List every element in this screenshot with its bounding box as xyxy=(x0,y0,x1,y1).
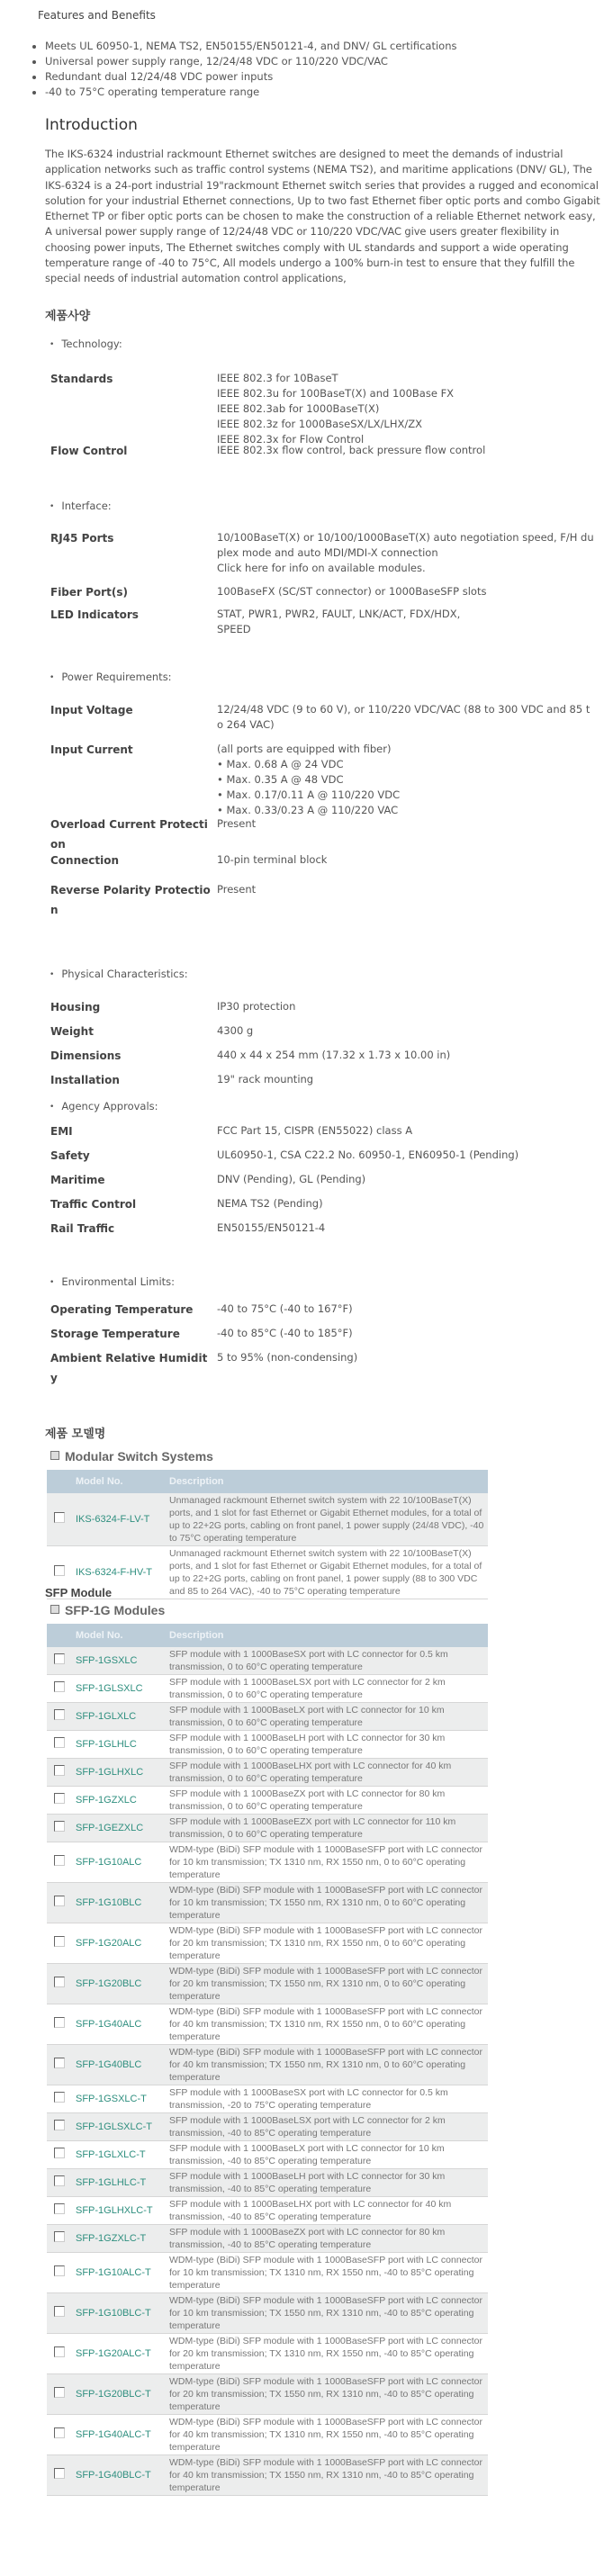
spec-value-line: IEEE 802.3 for 10BaseT xyxy=(217,371,595,386)
spec-value-line: 19" rack mounting xyxy=(217,1072,595,1087)
spec-value-line: Present xyxy=(217,816,595,832)
spec-key: Maritime xyxy=(50,1170,214,1190)
checkbox-cell xyxy=(47,2045,72,2085)
model-link[interactable]: SFP-1G20ALC xyxy=(72,1923,166,1964)
model-description: WDM-type (BiDi) SFP module with 1 1000Ba… xyxy=(166,1964,488,2004)
checkbox-cell xyxy=(47,1964,72,2004)
row-checkbox[interactable] xyxy=(54,1936,65,1947)
checkbox-cell xyxy=(47,2113,72,2141)
spec-value-line: 12/24/48 VDC (9 to 60 V), or 110/220 VDC… xyxy=(217,702,595,733)
table-row: SFP-1G10BLC-TWDM-type (BiDi) SFP module … xyxy=(47,2293,488,2334)
model-description: WDM-type (BiDi) SFP module with 1 1000Ba… xyxy=(166,1842,488,1883)
table-row: SFP-1G20BLC-TWDM-type (BiDi) SFP module … xyxy=(47,2374,488,2415)
row-checkbox[interactable] xyxy=(54,1793,65,1804)
checkbox-cell xyxy=(47,2455,72,2496)
row-checkbox[interactable] xyxy=(54,2175,65,2186)
spec-key: Overload Current Protection xyxy=(50,815,214,854)
model-description: SFP module with 1 1000BaseLX port with L… xyxy=(166,2141,488,2169)
model-link[interactable]: SFP-1GLSXLC-T xyxy=(72,2113,166,2141)
spec-group-label: Agency Approvals: xyxy=(50,1100,158,1112)
spec-value-line: FCC Part 15, CISPR (EN55022) class A xyxy=(217,1123,595,1139)
sfp-1g-table: Model No. Description SFP-1GSXLCSFP modu… xyxy=(47,1624,488,2496)
checkbox-cell xyxy=(47,1647,72,1675)
spec-key: Dimensions xyxy=(50,1046,214,1066)
table-row: SFP-1GSXLC-TSFP module with 1 1000BaseSX… xyxy=(47,2085,488,2113)
spec-group-label: Power Requirements: xyxy=(50,671,172,683)
checkbox-cell xyxy=(47,2197,72,2225)
row-checkbox[interactable] xyxy=(54,1709,65,1720)
model-link[interactable]: SFP-1G10ALC xyxy=(72,1842,166,1883)
table-row: SFP-1G40BLCWDM-type (BiDi) SFP module wi… xyxy=(47,2045,488,2085)
model-link[interactable]: SFP-1GZXLC xyxy=(72,1787,166,1815)
row-checkbox[interactable] xyxy=(54,1681,65,1692)
model-description: WDM-type (BiDi) SFP module with 1 1000Ba… xyxy=(166,2455,488,2496)
table-row: SFP-1GEZXLCSFP module with 1 1000BaseEZX… xyxy=(47,1815,488,1842)
spec-key: Traffic Control xyxy=(50,1194,214,1214)
modular-switch-section-title: Modular Switch Systems xyxy=(50,1449,213,1464)
spec-group-label: Technology: xyxy=(50,338,122,350)
model-description: Unmanaged rackmount Ethernet switch syst… xyxy=(166,1546,488,1599)
table-row: SFP-1GLXLC-TSFP module with 1 1000BaseLX… xyxy=(47,2141,488,2169)
model-description: SFP module with 1 1000BaseLHX port with … xyxy=(166,2197,488,2225)
model-description: SFP module with 1 1000BaseLH port with L… xyxy=(166,2169,488,2197)
model-link[interactable]: SFP-1G10BLC xyxy=(72,1883,166,1923)
spec-value: IP30 protection xyxy=(217,997,595,1014)
table-row: SFP-1G10ALCWDM-type (BiDi) SFP module wi… xyxy=(47,1842,488,1883)
feature-item: -40 to 75°C operating temperature range xyxy=(45,85,456,100)
model-description: SFP module with 1 1000BaseLX port with L… xyxy=(166,1703,488,1731)
spec-value: DNV (Pending), GL (Pending) xyxy=(217,1170,595,1187)
row-checkbox[interactable] xyxy=(54,2265,65,2276)
model-link[interactable]: SFP-1G20BLC xyxy=(72,1964,166,2004)
table-row: SFP-1G20ALC-TWDM-type (BiDi) SFP module … xyxy=(47,2334,488,2374)
row-checkbox[interactable] xyxy=(54,2120,65,2130)
spec-value-line: -40 to 85°C (-40 to 185°F) xyxy=(217,1326,595,1341)
row-checkbox[interactable] xyxy=(54,2017,65,2028)
features-list: Meets UL 60950-1, NEMA TS2, EN50155/EN50… xyxy=(29,39,456,100)
table-row: SFP-1G40ALCWDM-type (BiDi) SFP module wi… xyxy=(47,2004,488,2045)
spec-key: Input Current xyxy=(50,740,214,760)
model-link[interactable]: SFP-1GEZXLC xyxy=(72,1815,166,1842)
model-link[interactable]: SFP-1G40BLC-T xyxy=(72,2455,166,2496)
spec-value-line: IEEE 802.3z for 1000BaseSX/LX/LHX/ZX xyxy=(217,417,595,432)
table-row: IKS-6324-F-LV-TUnmanaged rackmount Ether… xyxy=(47,1493,488,1546)
feature-item: Meets UL 60950-1, NEMA TS2, EN50155/EN50… xyxy=(45,39,456,54)
spec-value: UL60950-1, CSA C22.2 No. 60950-1, EN6095… xyxy=(217,1146,595,1163)
spec-value: (all ports are equipped with fiber)• Max… xyxy=(217,740,595,818)
table-row: IKS-6324-F-HV-TUnmanaged rackmount Ether… xyxy=(47,1546,488,1599)
header-model-no: Model No. xyxy=(72,1624,166,1647)
spec-value: 12/24/48 VDC (9 to 60 V), or 110/220 VDC… xyxy=(217,700,595,733)
model-description: SFP module with 1 1000BaseLSX port with … xyxy=(166,2113,488,2141)
spec-value: 10-pin terminal block xyxy=(217,851,595,868)
spec-value: 19" rack mounting xyxy=(217,1070,595,1087)
table-row: SFP-1GLHXLC-TSFP module with 1 1000BaseL… xyxy=(47,2197,488,2225)
checkbox-cell xyxy=(47,2293,72,2334)
header-checkbox-col xyxy=(47,1470,72,1493)
spec-value-line: 440 x 44 x 254 mm (17.32 x 1.73 x 10.00 … xyxy=(217,1048,595,1063)
spec-value-line: IEEE 802.3x flow control, back pressure … xyxy=(217,443,595,458)
spec-value-line: SPEED xyxy=(217,622,595,637)
model-link[interactable]: SFP-1GSXLC xyxy=(72,1647,166,1675)
model-description: SFP module with 1 1000BaseSX port with L… xyxy=(166,1647,488,1675)
model-link[interactable]: SFP-1GZXLC-T xyxy=(72,2225,166,2253)
spec-group-label: Interface: xyxy=(50,500,112,512)
checkbox-cell xyxy=(47,2085,72,2113)
model-description: SFP module with 1 1000BaseZX port with L… xyxy=(166,1787,488,1815)
checkbox-cell xyxy=(47,1759,72,1787)
model-description: SFP module with 1 1000BaseLH port with L… xyxy=(166,1731,488,1759)
spec-group-label: Physical Characteristics: xyxy=(50,968,188,980)
row-checkbox[interactable] xyxy=(54,2092,65,2103)
table-row: SFP-1GZXLCSFP module with 1 1000BaseZX p… xyxy=(47,1787,488,1815)
model-description: SFP module with 1 1000BaseLSX port with … xyxy=(166,1675,488,1703)
spec-value-line: 10/100BaseT(X) or 10/100/1000BaseT(X) au… xyxy=(217,530,595,561)
checkbox-cell xyxy=(47,2141,72,2169)
spec-value: 10/100BaseT(X) or 10/100/1000BaseT(X) au… xyxy=(217,528,595,576)
spec-value: 440 x 44 x 254 mm (17.32 x 1.73 x 10.00 … xyxy=(217,1046,595,1063)
model-description: WDM-type (BiDi) SFP module with 1 1000Ba… xyxy=(166,2374,488,2415)
checkbox-cell xyxy=(47,2225,72,2253)
spec-key: Rail Traffic xyxy=(50,1219,214,1238)
spec-value-line: UL60950-1, CSA C22.2 No. 60950-1, EN6095… xyxy=(217,1148,595,1163)
header-description: Description xyxy=(166,1470,488,1493)
row-checkbox[interactable] xyxy=(54,2231,65,2242)
checkbox-cell xyxy=(47,2415,72,2455)
sfp-module-heading: SFP Module xyxy=(45,1586,112,1599)
model-link[interactable]: SFP-1GLXLC-T xyxy=(72,2141,166,2169)
row-checkbox[interactable] xyxy=(54,1821,65,1832)
row-checkbox[interactable] xyxy=(54,1653,65,1664)
row-checkbox[interactable] xyxy=(54,2427,65,2438)
spec-value-line: IP30 protection xyxy=(217,999,595,1014)
spec-value-line: 100BaseFX (SC/ST connector) or 1000BaseS… xyxy=(217,584,595,599)
spec-value: IEEE 802.3 for 10BaseTIEEE 802.3u for 10… xyxy=(217,369,595,447)
spec-key: Weight xyxy=(50,1022,214,1041)
spec-value-line: (all ports are equipped with fiber) xyxy=(217,742,595,757)
spec-value-line: • Max. 0.68 A @ 24 VDC xyxy=(217,757,595,772)
row-checkbox[interactable] xyxy=(54,2148,65,2158)
header-description: Description xyxy=(166,1624,488,1647)
collapse-square-icon[interactable] xyxy=(50,1605,59,1614)
table-row: SFP-1GLHLC-TSFP module with 1 1000BaseLH… xyxy=(47,2169,488,2197)
model-link[interactable]: SFP-1G40BLC xyxy=(72,2045,166,2085)
spec-key: Fiber Port(s) xyxy=(50,582,214,602)
row-checkbox[interactable] xyxy=(54,2203,65,2214)
checkbox-cell xyxy=(47,1731,72,1759)
spec-value: Present xyxy=(217,815,595,832)
spec-value: 4300 g xyxy=(217,1022,595,1039)
table-row: SFP-1GLXLCSFP module with 1 1000BaseLX p… xyxy=(47,1703,488,1731)
checkbox-cell xyxy=(47,1493,72,1546)
model-link[interactable]: SFP-1G40ALC-T xyxy=(72,2415,166,2455)
checkbox-cell xyxy=(47,1787,72,1815)
model-link[interactable]: SFP-1GLXLC xyxy=(72,1703,166,1731)
table-row: SFP-1G20BLCWDM-type (BiDi) SFP module wi… xyxy=(47,1964,488,2004)
model-link[interactable]: SFP-1GLHXLC-T xyxy=(72,2197,166,2225)
model-description: WDM-type (BiDi) SFP module with 1 1000Ba… xyxy=(166,1923,488,1964)
spec-value-line: STAT, PWR1, PWR2, FAULT, LNK/ACT, FDX/HD… xyxy=(217,607,595,622)
spec-key: EMI xyxy=(50,1121,214,1141)
spec-value-line: • Max. 0.35 A @ 48 VDC xyxy=(217,772,595,788)
spec-key: Connection xyxy=(50,851,214,870)
model-description: WDM-type (BiDi) SFP module with 1 1000Ba… xyxy=(166,2415,488,2455)
spec-value: IEEE 802.3x flow control, back pressure … xyxy=(217,441,595,458)
spec-value-line: 4300 g xyxy=(217,1023,595,1039)
spec-key: Reverse Polarity Protection xyxy=(50,880,214,920)
spec-key: RJ45 Ports xyxy=(50,528,214,548)
model-link[interactable]: SFP-1G10ALC-T xyxy=(72,2253,166,2293)
spec-group-label: Environmental Limits: xyxy=(50,1275,175,1288)
model-link[interactable]: SFP-1G20BLC-T xyxy=(72,2374,166,2415)
header-checkbox-col xyxy=(47,1624,72,1647)
row-checkbox[interactable] xyxy=(54,2306,65,2317)
model-description: SFP module with 1 1000BaseSX port with L… xyxy=(166,2085,488,2113)
spec-value-line: NEMA TS2 (Pending) xyxy=(217,1196,595,1211)
checkbox-cell xyxy=(47,1703,72,1731)
spec-value: Present xyxy=(217,880,595,897)
spec-key: LED Indicators xyxy=(50,605,214,625)
row-checkbox[interactable] xyxy=(54,2346,65,2357)
checkbox-cell xyxy=(47,2004,72,2045)
model-link[interactable]: SFP-1GLSXLC xyxy=(72,1675,166,1703)
table-row: SFP-1G40BLC-TWDM-type (BiDi) SFP module … xyxy=(47,2455,488,2496)
collapse-square-icon[interactable] xyxy=(50,1451,59,1460)
checkbox-cell xyxy=(47,1815,72,1842)
table-row: SFP-1G10ALC-TWDM-type (BiDi) SFP module … xyxy=(47,2253,488,2293)
model-link[interactable]: SFP-1GLHLC-T xyxy=(72,2169,166,2197)
spec-value: 100BaseFX (SC/ST connector) or 1000BaseS… xyxy=(217,582,595,599)
table-row: SFP-1GLHLCSFP module with 1 1000BaseLH p… xyxy=(47,1731,488,1759)
spec-value-line: Present xyxy=(217,882,595,897)
table-row: SFP-1GSXLCSFP module with 1 1000BaseSX p… xyxy=(47,1647,488,1675)
checkbox-cell xyxy=(47,1923,72,1964)
spec-key: Installation xyxy=(50,1070,214,1090)
table-row: SFP-1GLSXLC-TSFP module with 1 1000BaseL… xyxy=(47,2113,488,2141)
specs-title: 제품사양 xyxy=(45,306,90,323)
spec-key: Flow Control xyxy=(50,441,214,461)
header-model-no: Model No. xyxy=(72,1470,166,1493)
spec-value: -40 to 85°C (-40 to 185°F) xyxy=(217,1324,595,1341)
spec-value-line: IEEE 802.3u for 100BaseT(X) and 100Base … xyxy=(217,386,595,401)
spec-value: NEMA TS2 (Pending) xyxy=(217,1194,595,1211)
table-row: SFP-1GZXLC-TSFP module with 1 1000BaseZX… xyxy=(47,2225,488,2253)
spec-value-line: • Max. 0.17/0.11 A @ 110/220 VDC xyxy=(217,788,595,803)
model-link[interactable]: SFP-1GSXLC-T xyxy=(72,2085,166,2113)
spec-key: Input Voltage xyxy=(50,700,214,720)
spec-value-line[interactable]: Click here for info on available modules… xyxy=(217,561,595,576)
row-checkbox[interactable] xyxy=(54,2058,65,2068)
spec-value: -40 to 75°C (-40 to 167°F) xyxy=(217,1300,595,1317)
table-row: SFP-1GLSXLCSFP module with 1 1000BaseLSX… xyxy=(47,1675,488,1703)
row-checkbox[interactable] xyxy=(54,1565,65,1576)
model-description: WDM-type (BiDi) SFP module with 1 1000Ba… xyxy=(166,2253,488,2293)
spec-value-line: EN50155/EN50121-4 xyxy=(217,1220,595,1236)
feature-item: Redundant dual 12/24/48 VDC power inputs xyxy=(45,69,456,85)
spec-value-line: 5 to 95% (non-condensing) xyxy=(217,1350,595,1365)
checkbox-cell xyxy=(47,1842,72,1883)
spec-value-line: -40 to 75°C (-40 to 167°F) xyxy=(217,1302,595,1317)
model-link[interactable]: SFP-1GLHLC xyxy=(72,1731,166,1759)
model-description: WDM-type (BiDi) SFP module with 1 1000Ba… xyxy=(166,2004,488,2045)
spec-value: EN50155/EN50121-4 xyxy=(217,1219,595,1236)
model-description: SFP module with 1 1000BaseLHX port with … xyxy=(166,1759,488,1787)
row-checkbox[interactable] xyxy=(54,1855,65,1866)
spec-key: Ambient Relative Humidity xyxy=(50,1348,214,1388)
table-row: SFP-1G10BLCWDM-type (BiDi) SFP module wi… xyxy=(47,1883,488,1923)
spec-key: Housing xyxy=(50,997,214,1017)
checkbox-cell xyxy=(47,2169,72,2197)
spec-value-line: IEEE 802.3ab for 1000BaseT(X) xyxy=(217,401,595,417)
introduction-title: Introduction xyxy=(45,116,138,134)
model-description: WDM-type (BiDi) SFP module with 1 1000Ba… xyxy=(166,2334,488,2374)
spec-value: FCC Part 15, CISPR (EN55022) class A xyxy=(217,1121,595,1139)
checkbox-cell xyxy=(47,2334,72,2374)
spec-key: Storage Temperature xyxy=(50,1324,214,1344)
features-title: Features and Benefits xyxy=(38,9,156,22)
table-row: SFP-1GLHXLCSFP module with 1 1000BaseLHX… xyxy=(47,1759,488,1787)
spec-value-line: DNV (Pending), GL (Pending) xyxy=(217,1172,595,1187)
spec-value: STAT, PWR1, PWR2, FAULT, LNK/ACT, FDX/HD… xyxy=(217,605,595,637)
model-description: SFP module with 1 1000BaseEZX port with … xyxy=(166,1815,488,1842)
row-checkbox[interactable] xyxy=(54,1977,65,1987)
model-description: WDM-type (BiDi) SFP module with 1 1000Ba… xyxy=(166,2293,488,2334)
row-checkbox[interactable] xyxy=(54,2387,65,2398)
modular-switch-table: Model No. Description IKS-6324-F-LV-TUnm… xyxy=(47,1470,488,1599)
table-row: SFP-1G20ALCWDM-type (BiDi) SFP module wi… xyxy=(47,1923,488,1964)
spec-value: 5 to 95% (non-condensing) xyxy=(217,1348,595,1365)
spec-key: Operating Temperature xyxy=(50,1300,214,1320)
row-checkbox[interactable] xyxy=(54,1737,65,1748)
model-link[interactable]: SFP-1G10BLC-T xyxy=(72,2293,166,2334)
model-description: Unmanaged rackmount Ethernet switch syst… xyxy=(166,1493,488,1546)
row-checkbox[interactable] xyxy=(54,1765,65,1776)
model-link[interactable]: SFP-1G20ALC-T xyxy=(72,2334,166,2374)
checkbox-cell xyxy=(47,2374,72,2415)
sfp-1g-section-title: SFP-1G Modules xyxy=(50,1603,165,1617)
table-row: SFP-1G40ALC-TWDM-type (BiDi) SFP module … xyxy=(47,2415,488,2455)
model-description: WDM-type (BiDi) SFP module with 1 1000Ba… xyxy=(166,1883,488,1923)
model-description: WDM-type (BiDi) SFP module with 1 1000Ba… xyxy=(166,2045,488,2085)
model-link[interactable]: SFP-1G40ALC xyxy=(72,2004,166,2045)
row-checkbox[interactable] xyxy=(54,1896,65,1906)
checkbox-cell xyxy=(47,1883,72,1923)
product-page: Features and Benefits Meets UL 60950-1, … xyxy=(0,0,604,2576)
model-description: SFP module with 1 1000BaseZX port with L… xyxy=(166,2225,488,2253)
spec-key: Standards xyxy=(50,369,214,389)
spec-value-line: 10-pin terminal block xyxy=(217,852,595,868)
model-link[interactable]: SFP-1GLHXLC xyxy=(72,1759,166,1787)
spec-key: Safety xyxy=(50,1146,214,1166)
checkbox-cell xyxy=(47,1675,72,1703)
model-link[interactable]: IKS-6324-F-LV-T xyxy=(72,1493,166,1546)
models-title: 제품 모델명 xyxy=(45,1424,105,1441)
feature-item: Universal power supply range, 12/24/48 V… xyxy=(45,54,456,69)
row-checkbox[interactable] xyxy=(54,2468,65,2479)
checkbox-cell xyxy=(47,2253,72,2293)
row-checkbox[interactable] xyxy=(54,1512,65,1523)
introduction-body: The IKS-6324 industrial rackmount Ethern… xyxy=(45,147,603,287)
